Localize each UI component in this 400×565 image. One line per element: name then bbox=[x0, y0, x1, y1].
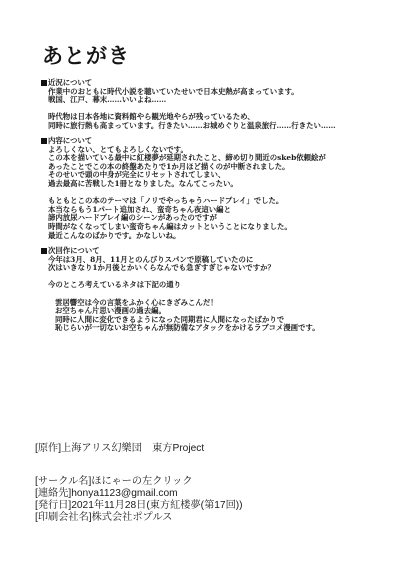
text-line: 同時に旅行熱も高まっています。行きたい……お城めぐりと温泉旅行……行きたい…… bbox=[41, 122, 336, 131]
page-title: あとがき bbox=[42, 44, 130, 68]
section-content: 内容について よろしくない、とてもよろしくないです。 この本を描いている最中に紅… bbox=[41, 137, 326, 240]
text-line: 過去最高に苦戦した1冊となりました。なんてこったい。 bbox=[41, 180, 326, 189]
credit-original-work: [原作]上海アリス幻樂団 東方Project bbox=[35, 443, 204, 455]
credit-issue-date: [発行日]2021年11月28日(東方紅楼夢(第17回)) bbox=[35, 500, 243, 512]
section-recent-news: 近況について 作業中のおともに時代小説を聴いていたせいで日本史熱が高まっています… bbox=[41, 79, 336, 131]
afterword-page: あとがき 近況について 作業中のおともに時代小説を聴いていたせいで日本史熱が高ま… bbox=[0, 0, 400, 565]
text-line: 恥じらいが一切ないお空ちゃんが無防備なアタックをかけるラブコメ漫画です。 bbox=[41, 324, 320, 333]
square-bullet-icon bbox=[41, 248, 47, 254]
text-line: 最近こんなのばかりです。かなしいね。 bbox=[41, 232, 326, 241]
square-bullet-icon bbox=[41, 80, 47, 86]
text-line: 次はいきなり1か月後とかいくらなんでも急ぎすぎじゃないですか？ bbox=[41, 264, 320, 273]
text-line: 戦国、江戸、幕末……いいよね…… bbox=[41, 96, 336, 105]
text-line: 今のところ考えているネタは下記の通り bbox=[41, 281, 320, 290]
section-next-work: 次回作について 今年は3月、8月、11月とのんびりスパンで原稿していたのに 次は… bbox=[41, 247, 320, 333]
credit-circle-name: [サークル名]ほにゃーの左クリック bbox=[35, 476, 193, 488]
credit-contact: [連絡先]honya1123@gmail.com bbox=[35, 488, 178, 500]
square-bullet-icon bbox=[41, 138, 47, 144]
credit-printer: [印刷会社名]株式会社ポプルス bbox=[35, 512, 172, 524]
